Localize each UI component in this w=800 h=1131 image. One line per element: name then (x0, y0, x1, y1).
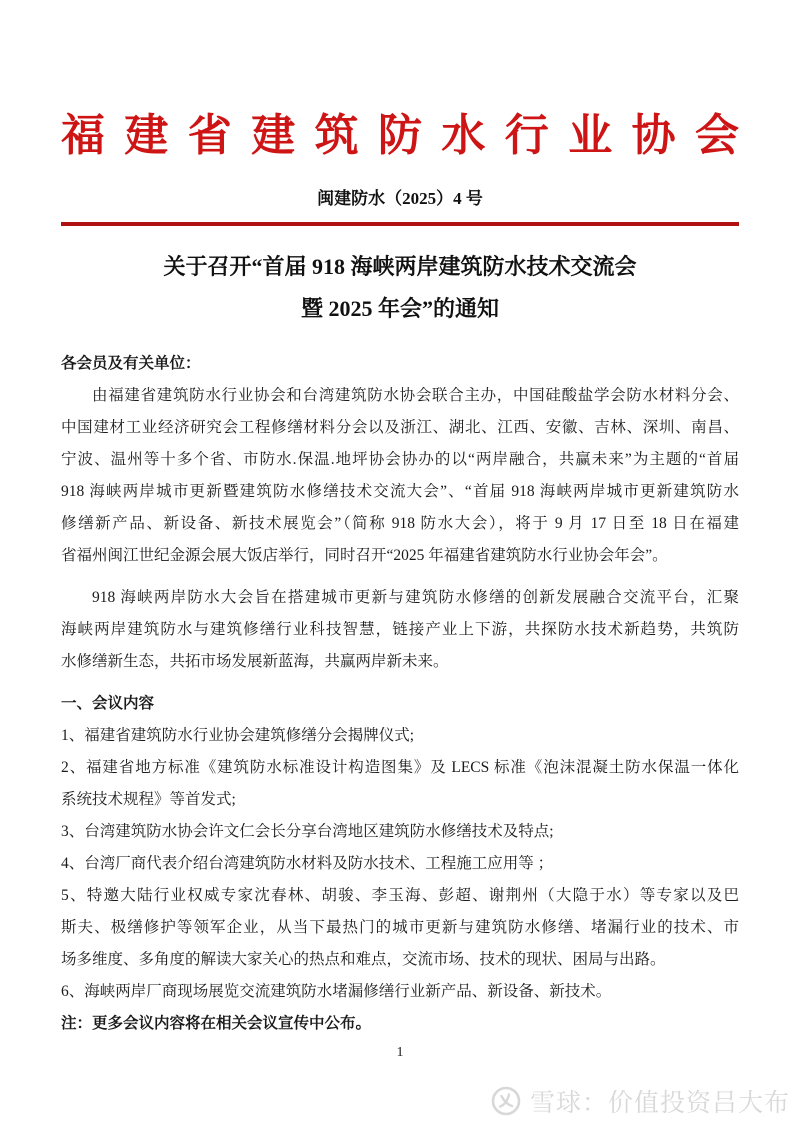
page-number: 1 (0, 1044, 800, 1062)
body-line: 918 海峡两岸城市更新暨建筑防水修缮技术交流大会”、“首届 918 海峡两岸城… (61, 476, 739, 508)
body-line: 宁波、温州等十多个省、市防水.保温.地坪协会协办的以“两岸融合，共赢未来”为主题… (61, 444, 739, 476)
notice-title-line-2: 暨 2025 年会”的通知 (0, 288, 800, 330)
body-line: 中国建材工业经济研究会工程修缮材料分会以及浙江、湖北、江西、安徽、吉林、深圳、南… (61, 412, 739, 444)
xueqiu-snowball-icon (490, 1085, 522, 1117)
notice-title: 关于召开“首届 918 海峡两岸建筑防水技术交流会 暨 2025 年会”的通知 (0, 246, 800, 330)
notice-title-line-1: 关于召开“首届 918 海峡两岸建筑防水技术交流会 (0, 246, 800, 288)
watermark-text: 雪球：价值投资吕大布 (530, 1083, 790, 1119)
body-line: 注：更多会议内容将在相关会议宣传中公布。 (61, 1008, 739, 1040)
watermark: 雪球：价值投资吕大布 (490, 1083, 790, 1119)
document-number: 闽建防水（2025）4 号 (0, 188, 800, 210)
body-line: 一、会议内容 (61, 688, 739, 720)
org-name-header: 福建省建筑防水行业协会 (61, 110, 739, 162)
body-line: 修缮新产品、新设备、新技术展览会”（简称 918 防水大会），将于 9 月 17… (61, 508, 739, 540)
body-line: 918 海峡两岸防水大会旨在搭建城市更新与建筑防水修缮的创新发展融合交流平台，汇… (61, 582, 739, 614)
body-line: 5、特邀大陆行业权威专家沈春林、胡骏、李玉海、彭超、谢荆州（大隐于水）等专家以及… (61, 880, 739, 912)
body-line: 1、福建省建筑防水行业协会建筑修缮分会揭牌仪式; (61, 720, 739, 752)
body-line: 省福州闽江世纪金源会展大饭店举行，同时召开“2025 年福建省建筑防水行业协会年… (61, 540, 739, 572)
body-line: 场多维度、多角度的解读大家关心的热点和难点，交流市场、技术的现状、困局与出路。 (61, 944, 739, 976)
body-line: 由福建省建筑防水行业协会和台湾建筑防水协会联合主办，中国硅酸盐学会防水材料分会、 (61, 380, 739, 412)
document-body: 各会员及有关单位：由福建省建筑防水行业协会和台湾建筑防水协会联合主办，中国硅酸盐… (61, 348, 739, 1040)
body-line: 4、台湾厂商代表介绍台湾建筑防水材料及防水技术、工程施工应用等 ； (61, 848, 739, 880)
body-line: 6、海峡两岸厂商现场展览交流建筑防水堵漏修缮行业新产品、新设备、新技术。 (61, 976, 739, 1008)
red-divider-line (61, 222, 739, 226)
body-line: 3、台湾建筑防水协会许文仁会长分享台湾地区建筑防水修缮技术及特点; (61, 816, 739, 848)
body-line: 海峡两岸建筑防水与建筑修缮行业科技智慧，链接产业上下游，共探防水技术新趋势，共筑… (61, 614, 739, 646)
document-page: 福建省建筑防水行业协会 闽建防水（2025）4 号 关于召开“首届 918 海峡… (0, 0, 800, 1131)
body-line: 各会员及有关单位： (61, 348, 739, 380)
body-line: 水修缮新生态，共拓市场发展新蓝海，共赢两岸新未来。 (61, 646, 739, 678)
body-line: 系统技术规程》等首发式; (61, 784, 739, 816)
body-line: 2、福建省地方标准《建筑防水标准设计构造图集》及 LECS 标准《泡沫混凝土防水… (61, 752, 739, 784)
body-line: 斯夫、极缮修护等领军企业，从当下最热门的城市更新与建筑防水修缮、堵漏行业的技术、… (61, 912, 739, 944)
